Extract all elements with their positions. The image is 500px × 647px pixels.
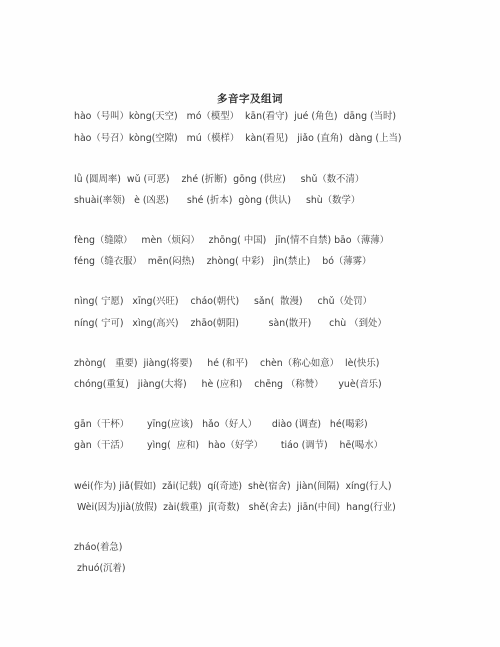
text-line-group8-row1: zháo(着急) bbox=[74, 542, 122, 554]
text-line-group5-row2: chóng(重复) jiàng(大将) hè (应和) chēng （称赞） y… bbox=[74, 379, 382, 391]
text-line-group7-row1: wéi(作为) jiǎ(假如) zǎi(记载) qí(奇迹) shè(宿舍) j… bbox=[74, 481, 392, 493]
text-line-group6-row2: gàn（干活） yìng( 应和) hào（好学） tiáo (调节) hē(喝… bbox=[74, 440, 383, 452]
text-line-group4-row2: níng( 宁可) xìng(高兴) zhāo(朝阳) sàn(散开) chù … bbox=[74, 318, 387, 330]
text-line-group8-row2: zhuó(沉着) bbox=[74, 563, 126, 575]
text-line-group5-row1: zhòng( 重要) jiàng(将要) hé (和平) chèn（称心如意） … bbox=[74, 358, 379, 370]
document-title: 多音字及组词 bbox=[0, 91, 500, 106]
document-page: 多音字及组词 hào（号叫）kòng(天空) mó（模型） kān(看守) ju… bbox=[0, 0, 500, 647]
text-line-group3-row2: féng（缝衣服） mēn(闷热) zhòng( 中彩) jìn(禁止) bó（… bbox=[74, 256, 371, 268]
text-line-group4-row1: nìng( 宁愿) xīng(兴旺) cháo(朝代) sǎn( 散漫) chǔ… bbox=[74, 296, 372, 308]
text-line-group1-row1: hào（号叫）kòng(天空) mó（模型） kān(看守) jué (角色) … bbox=[74, 111, 396, 123]
text-line-group2-row2: shuài(率领) è (凶恶) shé (折本) gòng (供认) shù（… bbox=[74, 195, 360, 207]
text-line-group7-row2: Wèi(因为)jià(放假) zài(载重) jī(奇数) shě(舍去) ji… bbox=[74, 502, 396, 514]
text-line-group1-row2: hào（号召）kòng(空隙) mú（模样） kàn(看见) jiǎo (直角)… bbox=[74, 133, 401, 145]
text-line-group6-row1: gān（干杯） yīng(应该) hǎo（好人） diào (调查) hé(喝彩… bbox=[74, 419, 368, 431]
text-line-group2-row1: lǜ (圆周率) wǔ (可恶) zhé (折断) gōng (供应) shǔ（… bbox=[74, 174, 364, 186]
text-line-group3-row1: fèng（缝隙） mèn（烦闷） zhōng( 中国) jīn(情不自禁) bā… bbox=[74, 235, 389, 247]
